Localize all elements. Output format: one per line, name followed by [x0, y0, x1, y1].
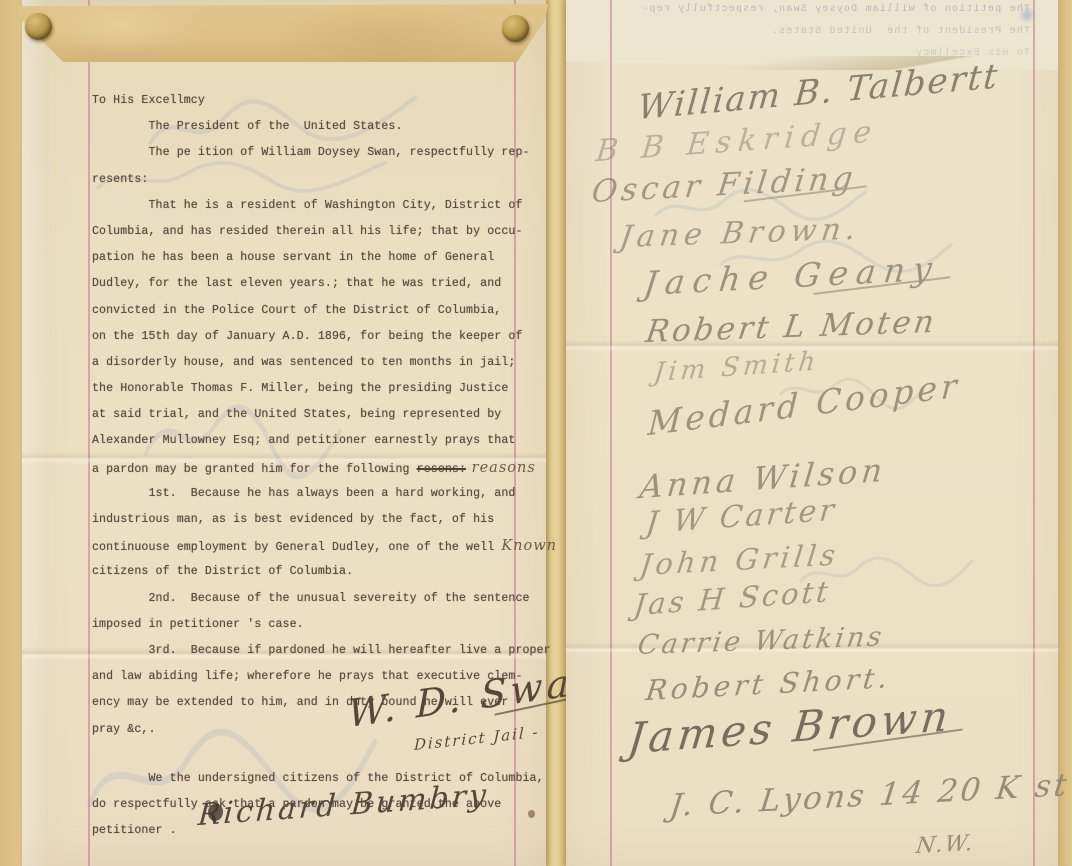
typed-line: a disorderly house, and was sentenced to… [92, 350, 532, 376]
left-margin-rule [610, 0, 612, 866]
typed-line: That he is a resident of Washington City… [92, 193, 532, 219]
typed-line: imposed in petitioner 's case. [92, 612, 532, 638]
typed-line: the Honorable Thomas F. Miller, being th… [92, 376, 532, 402]
typed-line: on the 15th day of January A.D. 1896, fo… [92, 324, 532, 350]
right-margin-rule [1033, 0, 1035, 866]
signature-16-address-suffix: N.W. [914, 831, 976, 859]
signature-12: Jas H Scott [632, 574, 833, 622]
typed-segment: a pardon may be granted him for the foll… [92, 463, 417, 476]
typed-line: 2nd. Because of the unusual severeity of… [92, 586, 532, 612]
signature-13: Carrie Watkins [636, 621, 887, 661]
folder-flap [14, 0, 550, 64]
typed-line: Dudley, for the last eleven years.; that… [92, 271, 532, 297]
typed-line: resents: [92, 167, 532, 193]
typed-line-with-correction: a pardon may be granted him for the foll… [92, 455, 532, 481]
typed-line: To His Excellmcy [92, 88, 532, 114]
typed-line: Columbia, and has resided therein all hi… [92, 219, 532, 245]
typed-line: convicted in the Police Court of the Dis… [92, 298, 532, 324]
handwritten-correction: reasons [466, 460, 536, 476]
typed-line: 3rd. Because if pardoned he will hereaft… [92, 638, 532, 664]
signatures-page: The petition of William Doysey Swan, res… [566, 0, 1058, 866]
folder-right-edge [1056, 0, 1072, 866]
mirrored-bleed-line: The President of the United States. [600, 26, 1030, 40]
signature-5: Jache Geany [642, 248, 943, 303]
typed-line: Alexander Mullowney Esq; and petitioner … [92, 428, 532, 454]
mirrored-bleed-line: The petition of William Doysey Swan, res… [600, 4, 1030, 18]
typed-line: pation he has been a house servant in th… [92, 245, 532, 271]
typed-line-with-correction: continuouse employment by General Dudley… [92, 533, 532, 559]
typed-line: citizens of the District of Columbia. [92, 559, 532, 585]
typed-line: The pe ition of William Doysey Swan, res… [92, 140, 532, 166]
brass-fastener-left [25, 13, 52, 40]
signature-16: J. C. Lyons 14 20 K st [668, 767, 1072, 824]
brass-fastener-right [502, 15, 529, 42]
typed-segment: continuouse employment by General Dudley… [92, 541, 501, 554]
typed-line: at said trial, and the United States, be… [92, 402, 532, 428]
document-scan: To His Excellmcy The President of the Un… [0, 0, 1072, 866]
petition-page: To His Excellmcy The President of the Un… [22, 0, 546, 866]
typed-line: industrious man, as is best evidenced by… [92, 507, 532, 533]
struck-word: resons: [417, 463, 466, 476]
handwritten-correction: Known [501, 538, 557, 554]
folder-spine [544, 0, 568, 866]
paper-fleck [528, 810, 535, 818]
typed-line: 1st. Because he has always been a hard w… [92, 481, 532, 507]
typed-line: The President of the United States. [92, 114, 532, 140]
